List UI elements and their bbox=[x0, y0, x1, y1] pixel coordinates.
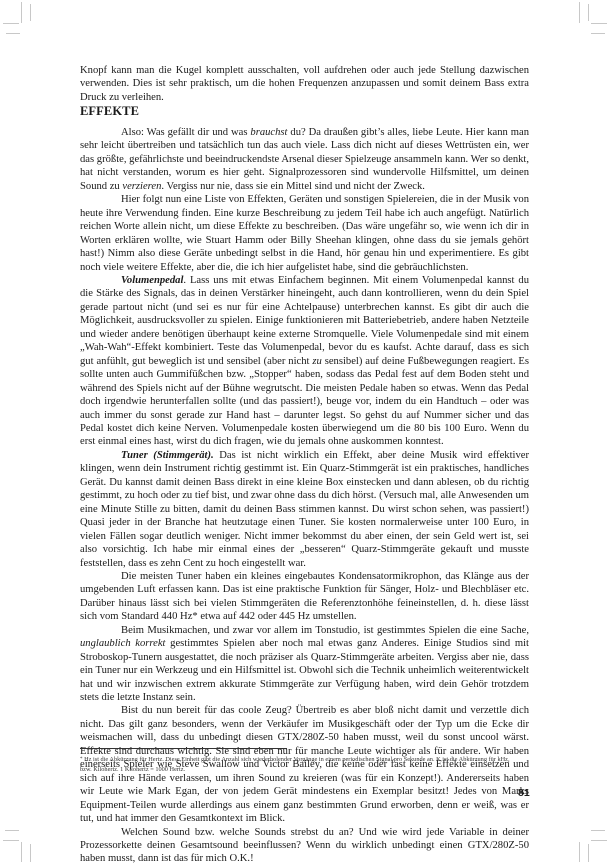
emphasis: brauchst bbox=[250, 127, 287, 138]
term: Volumenpedal bbox=[121, 275, 183, 286]
paragraph: Beim Musikmachen, und zwar vor allem im … bbox=[80, 624, 529, 705]
crop-mark bbox=[21, 2, 22, 23]
emphasis: zu bbox=[312, 356, 321, 367]
paragraph: Welchen Sound bzw. welche Sounds strebst… bbox=[80, 826, 529, 864]
paragraph: Knopf kann man die Kugel komplett aussch… bbox=[80, 64, 529, 104]
crop-mark bbox=[591, 840, 607, 841]
crop-mark bbox=[591, 23, 607, 24]
body-text: Also: Was gefällt dir und was brauchst d… bbox=[80, 126, 529, 864]
crop-mark bbox=[591, 830, 605, 831]
crop-mark bbox=[3, 840, 19, 841]
footnote-divider bbox=[80, 748, 287, 749]
crop-mark bbox=[30, 844, 31, 862]
paragraph: Die meisten Tuner haben ein kleines eing… bbox=[80, 570, 529, 624]
emphasis: unglaublich korrekt bbox=[80, 638, 165, 649]
paragraph: Also: Was gefällt dir und was brauchst d… bbox=[80, 126, 529, 193]
paragraph-tuner: Tuner (Stimmgerät). Das ist nicht wirkli… bbox=[80, 449, 529, 570]
emphasis: verzieren bbox=[122, 181, 161, 192]
crop-mark bbox=[588, 4, 589, 21]
lead-paragraph: Knopf kann man die Kugel komplett aussch… bbox=[80, 64, 529, 104]
crop-mark bbox=[591, 33, 605, 34]
paragraph-volumenpedal: Volumenpedal. Lass uns mit etwas Einfach… bbox=[80, 274, 529, 449]
section-heading: EFFEKTE bbox=[80, 104, 139, 119]
crop-mark bbox=[579, 2, 580, 23]
crop-mark bbox=[579, 842, 580, 862]
crop-mark bbox=[588, 844, 589, 862]
paragraph: Hier folgt nun eine Liste von Effekten, … bbox=[80, 193, 529, 274]
crop-mark bbox=[5, 830, 19, 831]
crop-mark bbox=[3, 23, 19, 24]
page-number: 81 bbox=[518, 787, 530, 799]
crop-mark bbox=[30, 4, 31, 21]
crop-mark bbox=[21, 842, 22, 862]
crop-mark bbox=[6, 33, 20, 34]
footnote: * Hz ist die Abkürzung für Hertz. Diese … bbox=[80, 755, 520, 774]
term: Tuner (Stimmgerät). bbox=[121, 450, 214, 461]
